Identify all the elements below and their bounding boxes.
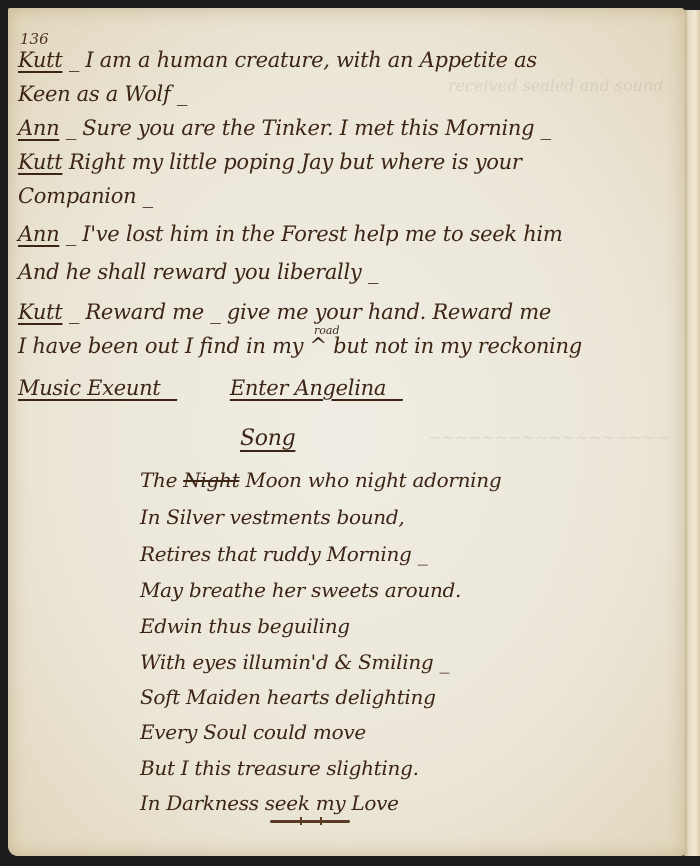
dialogue-line: Ann _ I've lost him in the Forest help m…	[18, 222, 562, 246]
struck-word: Night	[183, 468, 239, 492]
song-line: Retires that ruddy Morning _	[140, 542, 427, 566]
song-line: The Night Moon who night adorning	[140, 468, 501, 492]
verse-text: The	[140, 468, 183, 492]
adjacent-page-edge	[684, 10, 700, 856]
end-flourish-divider	[270, 820, 350, 823]
dialogue-line: Keen as a Wolf _	[18, 82, 187, 106]
song-title: Song	[240, 426, 295, 451]
stage-direction-enter: Enter Angelina _	[230, 376, 403, 400]
dialogue-text: _ I am a human creature, with an Appetit…	[62, 48, 536, 72]
song-line: Edwin thus beguiling	[140, 614, 350, 638]
dialogue-text: _ Sure you are the Tinker. I met this Mo…	[59, 116, 551, 140]
dialogue-line: And he shall reward you liberally _	[18, 260, 378, 284]
dialogue-line: Companion _	[18, 184, 153, 208]
stage-direction-exit: Music Exeunt _	[18, 376, 177, 400]
speaker-name: Ann	[18, 222, 59, 246]
verse-text: Moon who night adorning	[239, 468, 501, 492]
speaker-name: Ann	[18, 116, 59, 140]
dialogue-line: Ann _ Sure you are the Tinker. I met thi…	[18, 116, 551, 140]
song-line: But I this treasure slighting.	[140, 756, 419, 780]
song-line: In Silver vestments bound,	[140, 505, 404, 529]
song-line: With eyes illumin'd & Smiling _	[140, 650, 449, 674]
dialogue-line: I have been out I find in my ^ but not i…	[18, 334, 582, 358]
dialogue-text: _ I've lost him in the Forest help me to…	[59, 222, 562, 246]
song-line: Soft Maiden hearts delighting	[140, 685, 436, 709]
manuscript-page: received sealed and sound ~~~~~~~~~~~~~~…	[8, 8, 685, 856]
bleed-through-text: received sealed and sound	[448, 76, 664, 95]
dialogue-line: Kutt _ I am a human creature, with an Ap…	[18, 48, 537, 72]
song-line: In Darkness seek my Love	[140, 791, 399, 815]
speaker-name: Kutt	[18, 150, 62, 174]
speaker-name: Kutt	[18, 300, 62, 324]
song-line: Every Soul could move	[140, 720, 366, 744]
dialogue-text: Right my little poping Jay but where is …	[62, 150, 521, 174]
speaker-name: Kutt	[18, 48, 62, 72]
dialogue-text: I have been out I find in my ^ but not i…	[18, 334, 582, 358]
dialogue-text: Companion _	[18, 184, 153, 208]
bleed-through-text: ~~~~~~~~~~~~~~~~~~	[428, 428, 669, 447]
dialogue-line: Kutt Right my little poping Jay but wher…	[18, 150, 522, 174]
dialogue-text: Keen as a Wolf _	[18, 82, 187, 106]
page-number: 136	[20, 30, 49, 48]
stage-direction: Music Exeunt _ Enter Angelina _	[18, 376, 403, 400]
dialogue-line: Kutt _ Reward me _ give me your hand. Re…	[18, 300, 551, 324]
dialogue-text: _ Reward me _ give me your hand. Reward …	[62, 300, 551, 324]
song-line: May breathe her sweets around.	[140, 578, 461, 602]
dialogue-text: And he shall reward you liberally _	[18, 260, 378, 284]
